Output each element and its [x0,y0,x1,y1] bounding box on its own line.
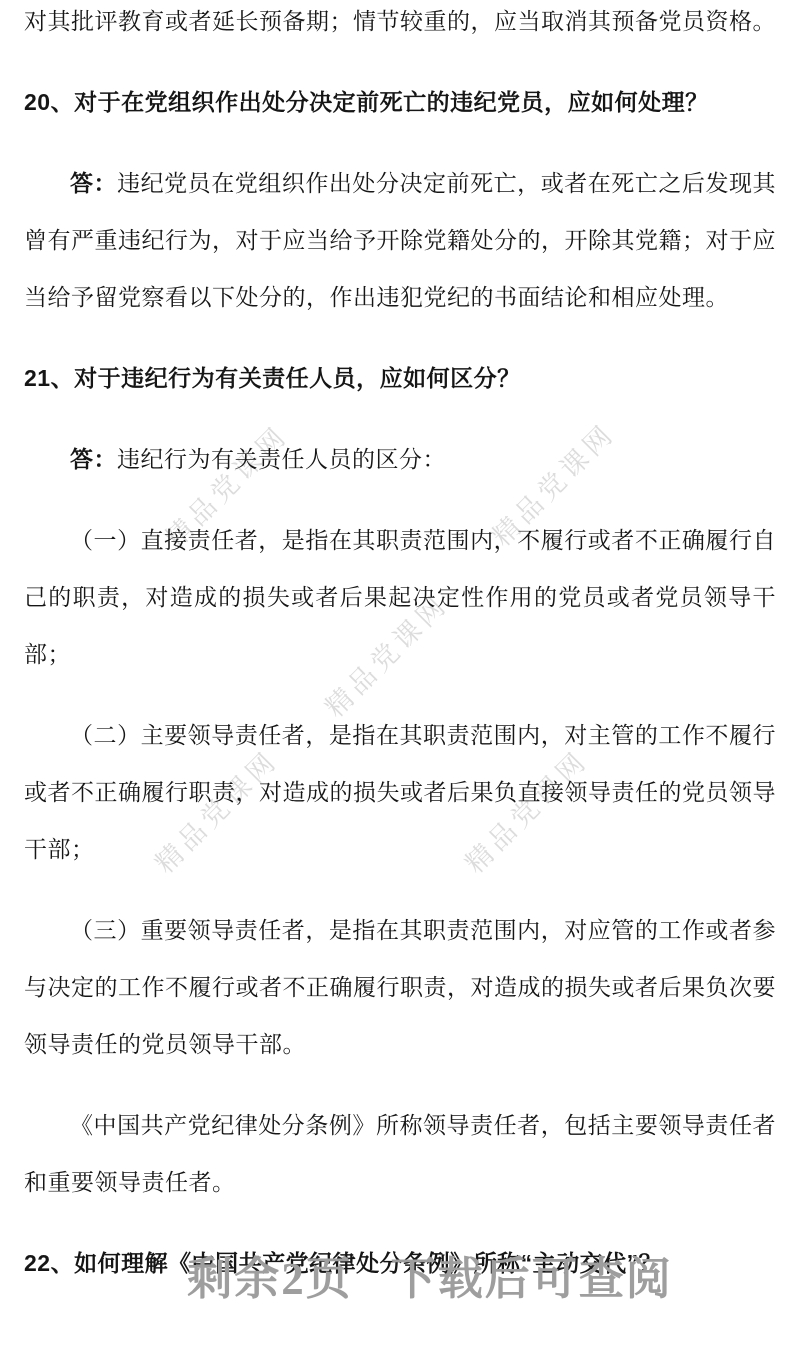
answer-prefix: 答： [70,170,117,196]
answer-paragraph: 答：违纪党员在党组织作出处分决定前死亡，或者在死亡之后发现其曾有严重违纪行为，对… [24,155,776,326]
body-paragraph: 《中国共产党纪律处分条例》所称领导责任者，包括主要领导责任者和重要领导责任者。 [24,1097,776,1211]
body-paragraph: （二）主要领导责任者，是指在其职责范围内，对主管的工作不履行或者不正确履行职责，… [24,707,776,878]
body-paragraph: （三）重要领导责任者，是指在其职责范围内，对应管的工作或者参与决定的工作不履行或… [24,902,776,1073]
answer-prefix: 答： [70,446,117,472]
question-heading: 20、对于在党组织作出处分决定前死亡的违纪党员，应如何处理？ [24,74,776,131]
body-paragraph: 对其批评教育或者延长预备期；情节较重的，应当取消其预备党员资格。 [24,0,776,50]
pagination-banner: 剩余2页下载后可查阅 [0,1255,800,1303]
answer-paragraph: 答：违纪行为有关责任人员的区分： [24,431,776,488]
remaining-pages-label: 剩余2页 [187,1254,353,1304]
document-page: 精品党课网精品党课网精品党课网精品党课网精品党课网 对其批评教育或者延长预备期；… [0,0,800,1361]
document-content: 对其批评教育或者延长预备期；情节较重的，应当取消其预备党员资格。20、对于在党组… [0,0,800,1292]
body-paragraph: （一）直接责任者，是指在其职责范围内，不履行或者不正确履行自己的职责，对造成的损… [24,512,776,683]
question-heading: 21、对于违纪行为有关责任人员，应如何区分？ [24,350,776,407]
download-hint-label: 下载后可查阅 [391,1254,673,1304]
